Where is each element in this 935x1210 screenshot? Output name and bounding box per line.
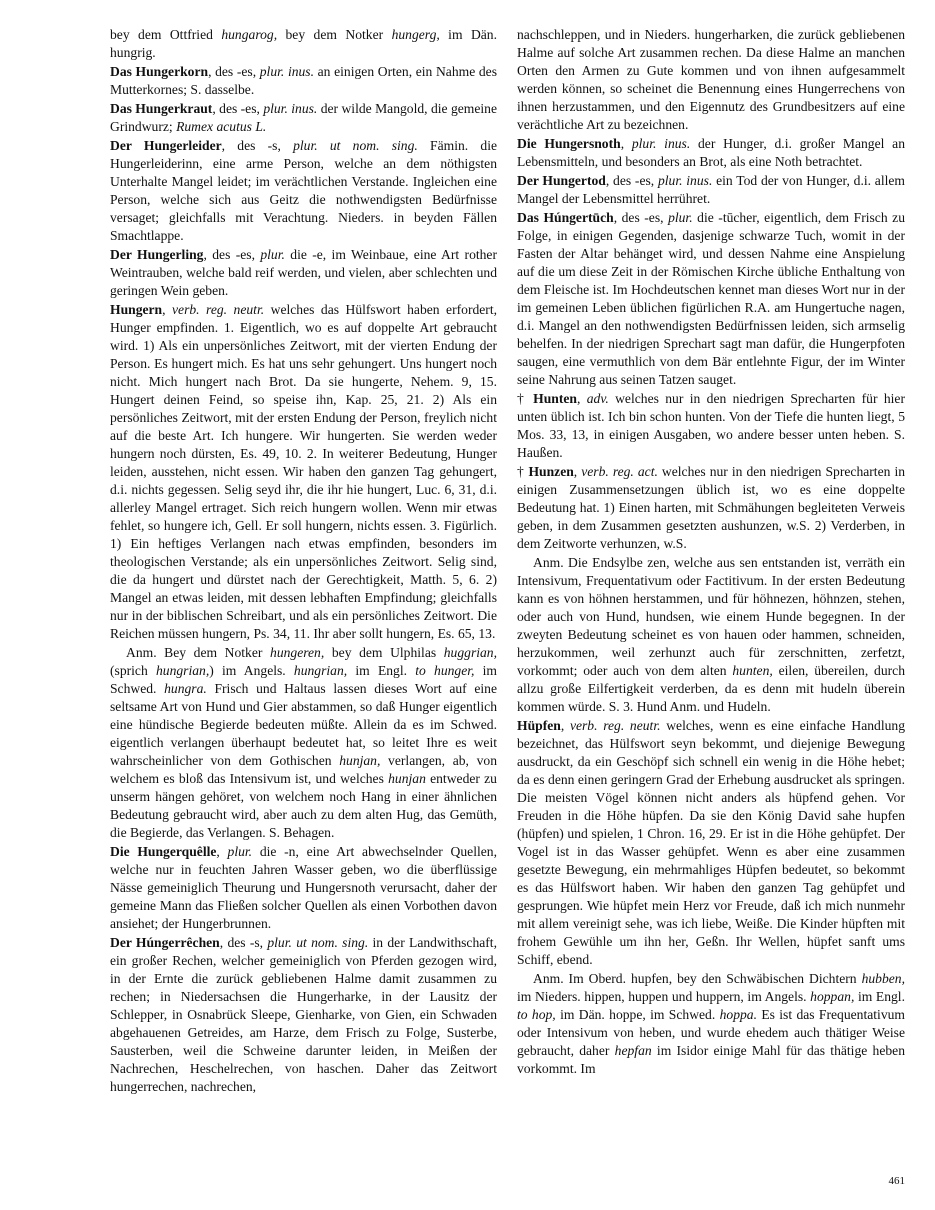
italic-term: hungra. [164,681,207,696]
left-column: bey dem Ottfried hungarog, bey dem Notke… [110,26,497,1097]
dictionary-entry: Hungern, verb. reg. neutr. welches das H… [110,301,497,643]
italic-term: hoppan, [810,989,854,1004]
italic-term: hunjan [388,771,426,786]
dictionary-entry: Der Hungerleider, des -s, plur. ut nom. … [110,137,497,245]
entry-text: ) im Angels. [209,663,294,678]
entry-text: , des -es, [606,173,658,188]
grammar-note: plur. [260,247,285,262]
headword: Das Hungerkraut [110,101,212,116]
entry-text: , des -s, [220,935,268,950]
italic-term: hubben, [862,971,905,986]
grammar-note: adv. [587,391,609,406]
grammar-note: plur. [668,210,693,225]
italic-term: hunten, [732,663,772,678]
entry-text: Anm. Im Oberd. hupfen, bey den Schwäbisc… [533,971,862,986]
entry-text: welches, wenn es eine einfache Handlung … [517,718,905,967]
headword: Hunten [533,391,577,406]
grammar-note: verb. reg. neutr. [570,718,661,733]
italic-term: hepfan [615,1043,652,1058]
headword: Das Hungerkorn [110,64,208,79]
grammar-note: plur. [228,844,253,859]
dictionary-entry: † Hunzen, verb. reg. act. welches nur in… [517,463,905,553]
italic-term: hungrian, [156,663,209,678]
entry-text: im Engl. [347,663,415,678]
dictionary-entry: Der Hungertod, des -es, plur. inus. ein … [517,172,905,208]
italic-term: hoppa. [720,1007,757,1022]
page-number: 461 [870,1172,905,1190]
dictionary-entry: Hüpfen, verb. reg. neutr. welches, wenn … [517,717,905,969]
dictionary-entry: Das Hungerkraut, des -es, plur. inus. de… [110,100,497,136]
headword: Der Hungertod [517,173,606,188]
grammar-note: plur. inus. [260,64,314,79]
italic-term: hungrian, [294,663,347,678]
grammar-note: plur. inus. [263,101,317,116]
headword: Der Húngerrêchen [110,935,220,950]
italic-term: hunjan, [339,753,380,768]
headword: Hunzen [528,464,573,479]
entry-text: † [517,391,533,406]
grammar-note: verb. reg. act. [581,464,658,479]
entry-text: , des -s, [222,138,293,153]
entry-text: im Engl. [854,989,905,1004]
entry-text: , [162,302,172,317]
headword: Der Hungerleider [110,138,222,153]
entry-text: , [216,844,227,859]
annotation-paragraph: Anm. Die Endsylbe zen, welche aus sen en… [517,554,905,716]
headword: Hungern [110,302,162,317]
entry-text: Anm. Bey dem Notker [126,645,270,660]
entry-text: , des -es, [203,247,260,262]
italic-term: hungeren, [270,645,324,660]
entry-text: , [621,136,632,151]
entry-text: , des -es, [614,210,668,225]
grammar-note: plur. inus. [658,173,712,188]
italic-term: huggrian, [444,645,497,660]
entry-text: Fämin. die Hungerleiderinn, eine arme Pe… [110,138,497,243]
headword: Die Hungersnoth [517,136,621,151]
entry-text: , [561,718,570,733]
entry-text: in der Landwithschaft, ein großer Rechen… [110,935,497,1094]
entry-text: die -tūcher, eigentlich, dem Frisch zu F… [517,210,905,387]
headword: Hüpfen [517,718,561,733]
dictionary-page: bey dem Ottfried hungarog, bey dem Notke… [0,0,935,1210]
entry-text: bey dem Notker [277,27,391,42]
italic-term: Rumex acutus L. [176,119,266,134]
italic-term: hungerg, [392,27,440,42]
headword: Die Hungerquêlle [110,844,216,859]
italic-term: to hop, [517,1007,556,1022]
dictionary-entry: Die Hungerquêlle, plur. die -n, eine Art… [110,843,497,933]
entry-text: nachschleppen, und in Nieders. hungerhar… [517,27,905,132]
dictionary-entry: † Hunten, adv. welches nur in den niedri… [517,390,905,462]
headword: Das Húngertūch [517,210,614,225]
entry-text: (sprich [110,663,156,678]
grammar-note: plur. ut nom. sing. [267,935,368,950]
entry-text: im Dän. hoppe, im Schwed. [556,1007,720,1022]
dictionary-entry: bey dem Ottfried hungarog, bey dem Notke… [110,26,497,62]
dictionary-entry: nachschleppen, und in Nieders. hungerhar… [517,26,905,134]
entry-text: welches das Hülfswort haben erfordert, H… [110,302,497,641]
right-column: nachschleppen, und in Nieders. hungerhar… [517,26,905,1079]
grammar-note: verb. reg. neutr. [172,302,264,317]
headword: Der Hungerling [110,247,203,262]
dictionary-entry: Der Húngerrêchen, des -s, plur. ut nom. … [110,934,497,1096]
dictionary-entry: Der Hungerling, des -es, plur. die -e, i… [110,246,497,300]
entry-text: , des -es, [208,64,260,79]
grammar-note: plur. ut nom. sing. [293,138,418,153]
entry-text: im Nieders. hippen, huppen und huppern, … [517,989,810,1004]
entry-text: , des -es, [212,101,263,116]
entry-text: bey dem Ulphilas [324,645,443,660]
dictionary-entry: Das Hungerkorn, des -es, plur. inus. an … [110,63,497,99]
entry-text: bey dem Ottfried [110,27,221,42]
entry-text: , [577,391,587,406]
italic-term: hungarog, [221,27,277,42]
annotation-paragraph: Anm. Im Oberd. hupfen, bey den Schwäbisc… [517,970,905,1078]
entry-text: Anm. Die Endsylbe zen, welche aus sen en… [517,555,905,678]
dictionary-entry: Die Hungersnoth, plur. inus. der Hunger,… [517,135,905,171]
dictionary-entry: Das Húngertūch, des -es, plur. die -tūch… [517,209,905,389]
entry-text: † [517,464,528,479]
annotation-paragraph: Anm. Bey dem Notker hungeren, bey dem Ul… [110,644,497,842]
grammar-note: plur. inus. [632,136,690,151]
italic-term: to hunger, [415,663,474,678]
